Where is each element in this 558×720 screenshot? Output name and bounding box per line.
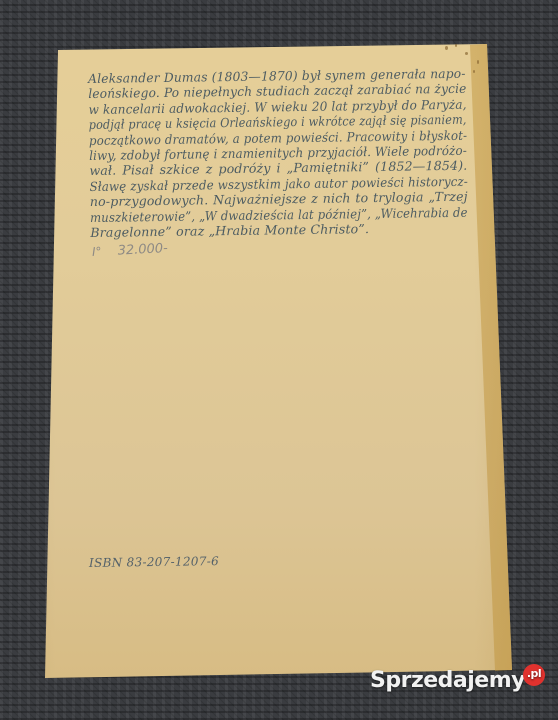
isbn-number: ISBN 83-207-1207-6 bbox=[89, 554, 219, 570]
sprzedajemy-watermark: Sprzedajemy .pl bbox=[370, 668, 525, 704]
watermark-brand: Sprzedajemy bbox=[370, 668, 525, 693]
pencil-price: 32.000- bbox=[117, 241, 168, 259]
pencil-mark: I° bbox=[92, 244, 102, 258]
author-blurb: Aleksander Dumas (1803—1870) był synem g… bbox=[88, 66, 468, 241]
watermark-badge-icon: .pl bbox=[523, 664, 545, 686]
